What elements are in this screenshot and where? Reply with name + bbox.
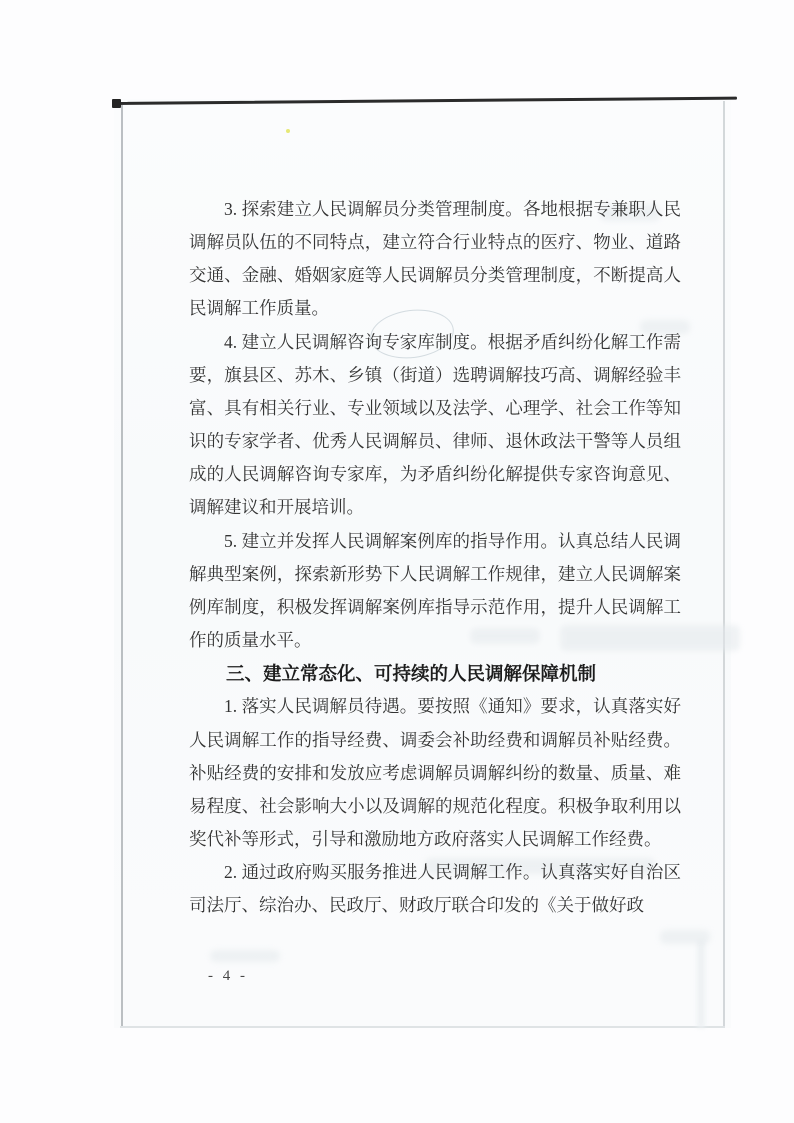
scan-speck [286, 129, 290, 133]
scan-smudge [210, 950, 280, 962]
paragraph-2-gov-purchase: 2. 通过政府购买服务推进人民调解工作。认真落实好自治区司法厅、综治办、民政厅、… [189, 856, 681, 922]
page-left-edge [121, 105, 123, 1026]
document-page: 3. 探索建立人民调解员分类管理制度。各地根据专兼职人民调解员队伍的不同特点，建… [114, 99, 731, 1028]
scan-fold-shadow [697, 940, 705, 1028]
page-bottom-edge [120, 1026, 725, 1028]
page-right-edge [723, 101, 725, 1026]
scan-smudge [660, 930, 710, 944]
paragraph-5-case-library: 5. 建立并发挥人民调解案例库的指导作用。认真总结人民调解典型案例，探索新形势下… [189, 525, 681, 658]
page-number: - 4 - [208, 968, 248, 985]
paragraph-1-mediator-pay: 1. 落实人民调解员待遇。要按照《通知》要求，认真落实好人民调解工作的指导经费、… [189, 690, 681, 856]
page-corner-mark [112, 99, 121, 108]
page-top-edge [114, 97, 737, 105]
paragraph-4-expert-pool: 4. 建立人民调解咨询专家库制度。根据矛盾纠纷化解工作需要，旗县区、苏木、乡镇（… [189, 326, 681, 525]
paragraph-3-classification: 3. 探索建立人民调解员分类管理制度。各地根据专兼职人民调解员队伍的不同特点，建… [189, 193, 681, 326]
document-body: 3. 探索建立人民调解员分类管理制度。各地根据专兼职人民调解员队伍的不同特点，建… [189, 193, 681, 922]
scan-background: { "document": { "paragraphs": [ { "type"… [0, 0, 794, 1123]
section-heading-three: 三、建立常态化、可持续的人民调解保障机制 [189, 657, 681, 690]
